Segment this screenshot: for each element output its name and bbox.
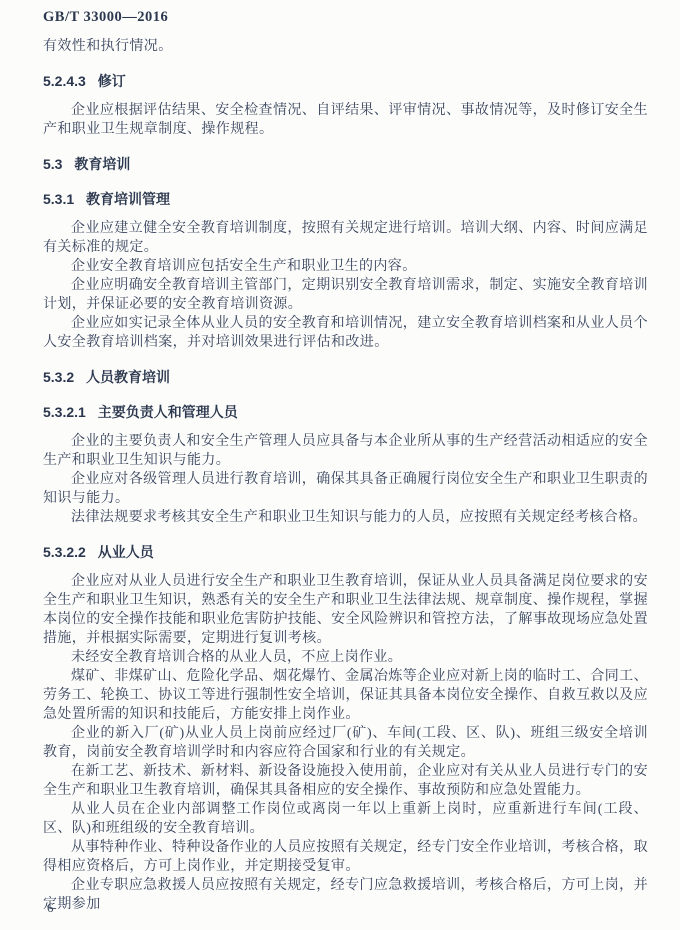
heading-number: 5.3.2.2 [43, 543, 86, 562]
section-heading: 5.3.1教育培训管理 [43, 190, 648, 209]
heading-title: 教育培训管理 [86, 190, 170, 209]
heading-title: 主要负责人和管理人员 [98, 403, 238, 422]
continuation-paragraph: 有效性和执行情况。 [43, 37, 648, 56]
heading-title: 修订 [98, 72, 126, 91]
body-paragraph: 企业的新入厂(矿)从业人员上岗前应经过厂(矿)、车间(工段、区、队)、班组三级安… [43, 724, 648, 762]
page-number: 6 [47, 900, 54, 916]
heading-number: 5.3.2 [43, 368, 74, 387]
document-page: GB/T 33000—2016 有效性和执行情况。5.2.4.3修订企业应根据评… [0, 0, 680, 930]
body-paragraph: 在新工艺、新技术、新材料、新设备设施投入使用前，企业应对有关从业人员进行专门的安… [43, 762, 648, 800]
body-paragraph: 煤矿、非煤矿山、危险化学品、烟花爆竹、金属冶炼等企业应对新上岗的临时工、合同工、… [43, 667, 648, 724]
body-paragraph: 未经安全教育培训合格的从业人员，不应上岗作业。 [43, 648, 648, 667]
section-heading: 5.2.4.3修订 [43, 72, 648, 91]
body-paragraph: 企业安全教育培训应包括安全生产和职业卫生的内容。 [43, 257, 648, 276]
body-paragraph: 企业应如实记录全体从业人员的安全教育和培训情况，建立安全教育培训档案和从业人员个… [43, 314, 648, 352]
section-heading: 5.3.2人员教育培训 [43, 368, 648, 387]
heading-title: 教育培训 [74, 155, 130, 174]
body-paragraph: 企业专职应急救援人员应按照有关规定，经专门应急救援培训，考核合格后，方可上岗，并… [43, 876, 648, 914]
heading-title: 从业人员 [98, 543, 154, 562]
body-paragraph: 企业应对各级管理人员进行教育培训，确保其具备正确履行岗位安全生产和职业卫生职责的… [43, 470, 648, 508]
heading-number: 5.2.4.3 [43, 72, 86, 91]
body-paragraph: 企业应对从业人员进行安全生产和职业卫生教育培训，保证从业人员具备满足岗位要求的安… [43, 572, 648, 648]
body-paragraph: 法律法规要求考核其安全生产和职业卫生知识与能力的人员，应按照有关规定经考核合格。 [43, 508, 648, 527]
body-paragraph: 企业的主要负责人和安全生产管理人员应具备与本企业所从事的生产经营活动相适应的安全… [43, 432, 648, 470]
heading-number: 5.3 [43, 155, 62, 174]
document-content: GB/T 33000—2016 有效性和执行情况。5.2.4.3修订企业应根据评… [0, 0, 680, 914]
body-paragraph: 从事特种作业、特种设备作业的人员应按照有关规定，经专门安全作业培训，考核合格，取… [43, 838, 648, 876]
body-paragraph: 企业应建立健全安全教育培训制度，按照有关规定进行培训。培训大纲、内容、时间应满足… [43, 219, 648, 257]
section-heading: 5.3.2.2从业人员 [43, 543, 648, 562]
standard-number-header: GB/T 33000—2016 [43, 8, 648, 27]
document-body: 有效性和执行情况。5.2.4.3修订企业应根据评估结果、安全检查情况、自评结果、… [43, 37, 648, 914]
heading-number: 5.3.2.1 [43, 403, 86, 422]
section-heading: 5.3.2.1主要负责人和管理人员 [43, 403, 648, 422]
body-paragraph: 从业人员在企业内部调整工作岗位或离岗一年以上重新上岗时，应重新进行车间(工段、区… [43, 800, 648, 838]
heading-title: 人员教育培训 [86, 368, 170, 387]
body-paragraph: 企业应明确安全教育培训主管部门，定期识别安全教育培训需求，制定、实施安全教育培训… [43, 276, 648, 314]
section-heading: 5.3教育培训 [43, 155, 648, 174]
heading-number: 5.3.1 [43, 190, 74, 209]
body-paragraph: 企业应根据评估结果、安全检查情况、自评结果、评审情况、事故情况等，及时修订安全生… [43, 101, 648, 139]
